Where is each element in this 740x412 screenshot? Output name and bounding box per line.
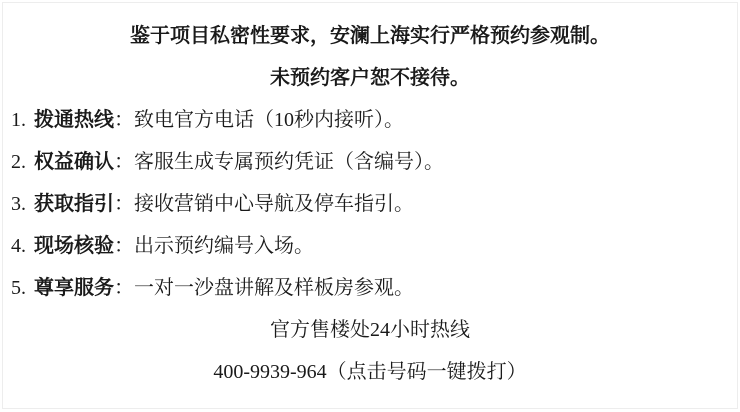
step-number: 3. [11,191,26,217]
notice-title-line1: 鉴于项目私密性要求，安澜上海实行严格预约参观制。 [11,23,729,49]
step-description: 致电官方电话（10秒内接听）。 [134,109,404,131]
step-label: 权益确认 [34,151,114,173]
step-label: 拨通热线 [34,109,114,131]
step-label: 现场核验 [34,235,114,257]
step-item-3: 3.获取指引：接收营销中心导航及停车指引。 [11,191,729,217]
step-description: 客服生成专属预约凭证（含编号）。 [134,151,444,173]
hotline-title: 官方售楼处24小时热线 [11,317,729,343]
step-item-4: 4.现场核验：出示预约编号入场。 [11,233,729,259]
step-item-2: 2.权益确认：客服生成专属预约凭证（含编号）。 [11,149,729,175]
step-item-5: 5.尊享服务：一对一沙盘讲解及样板房参观。 [11,275,729,301]
step-separator: ： [114,193,134,215]
step-separator: ： [114,109,134,131]
step-label: 尊享服务 [34,277,114,299]
step-number: 4. [11,233,26,259]
step-separator: ： [114,277,134,299]
step-separator: ： [114,235,134,257]
step-number: 1. [11,107,26,133]
step-item-1: 1.拨通热线：致电官方电话（10秒内接听）。 [11,107,729,133]
phone-line: 400-9939-964（点击号码一键拨打） [11,359,729,385]
phone-number[interactable]: 400-9939-964 [213,361,326,383]
notice-card: 鉴于项目私密性要求，安澜上海实行严格预约参观制。 未预约客户恕不接待。 1.拨通… [2,2,738,409]
step-description: 一对一沙盘讲解及样板房参观。 [134,277,414,299]
step-number: 5. [11,275,26,301]
step-description: 接收营销中心导航及停车指引。 [134,193,414,215]
step-separator: ： [114,151,134,173]
phone-hint: （点击号码一键拨打） [327,361,527,383]
notice-title-line2: 未预约客户恕不接待。 [11,65,729,91]
step-label: 获取指引 [34,193,114,215]
step-description: 出示预约编号入场。 [134,235,314,257]
notice-page: 鉴于项目私密性要求，安澜上海实行严格预约参观制。 未预约客户恕不接待。 1.拨通… [0,0,740,412]
step-number: 2. [11,149,26,175]
